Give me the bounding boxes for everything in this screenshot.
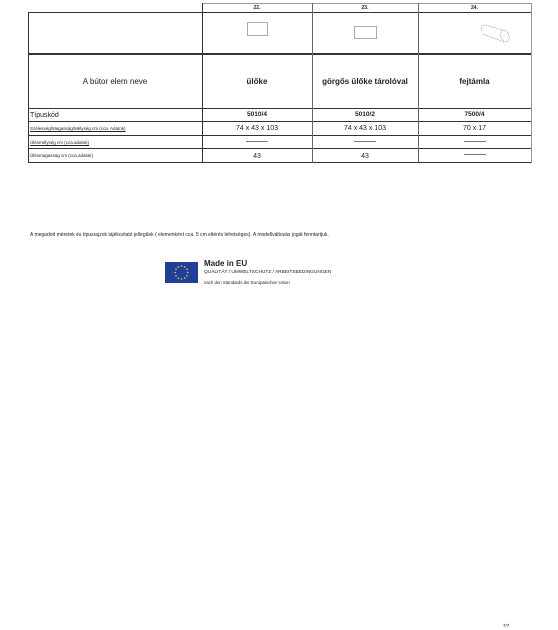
type-code: 7500/4 [418, 108, 531, 121]
dimensions-value: 74 x 43 x 103 [202, 121, 312, 135]
item-name: görgős ülőke tárolóval [312, 55, 418, 108]
dimensions-value: 70 x 17 [418, 121, 531, 135]
item-number: 23. [312, 3, 418, 12]
item-number: 22. [202, 3, 312, 12]
rectangle-seat-icon [354, 26, 377, 39]
seat-height-value: 43 [312, 150, 418, 163]
empty-dash [354, 141, 376, 142]
table-line [531, 3, 532, 163]
cylinder-headrest-icon [478, 22, 512, 44]
seat-height-value: 43 [202, 150, 312, 163]
eu-badge-title: Made in EU [204, 259, 247, 268]
eu-badge-note: nach den Standards der Europäischen Unio… [204, 280, 290, 285]
item-drawing [312, 12, 418, 53]
type-code: 5010/4 [202, 108, 312, 121]
item-name: fejtámla [418, 55, 531, 108]
rectangle-seat-icon [247, 22, 268, 36]
seat-depth-value [418, 135, 531, 148]
item-name: ülőke [202, 55, 312, 108]
row-label-name: A bútor elem neve [28, 55, 202, 108]
empty-dash [464, 154, 486, 155]
eu-badge-subtitle: QUALITÄT / UMWELTSCHUTZ / ARBEITSBEDINGU… [204, 270, 331, 275]
disclaimer-text: A megadott méretek és típusrajzok tájéko… [30, 232, 329, 238]
row-label-seat-height: Ülésmagasság cm (cca.adatok) [28, 149, 202, 162]
eu-flag-icon [165, 262, 198, 283]
page-number: 7/7 [503, 623, 509, 628]
row-label-dimensions: Szélesség/Magasság/Mélység cm (cca. Adat… [28, 122, 202, 135]
row-label-type-code: Típuskód [28, 109, 202, 121]
item-drawing [202, 12, 312, 53]
seat-depth-value [202, 135, 312, 148]
dimensions-value: 74 x 43 x 103 [312, 121, 418, 135]
seat-height-value [418, 148, 531, 161]
row-label-seat-depth: Ülésmélység cm (cca.adatok) [28, 136, 202, 148]
seat-depth-value [312, 135, 418, 148]
empty-dash [464, 141, 486, 142]
item-number: 24. [418, 3, 531, 12]
empty-dash [246, 141, 268, 142]
item-drawing [418, 12, 531, 53]
type-code: 5010/2 [312, 108, 418, 121]
